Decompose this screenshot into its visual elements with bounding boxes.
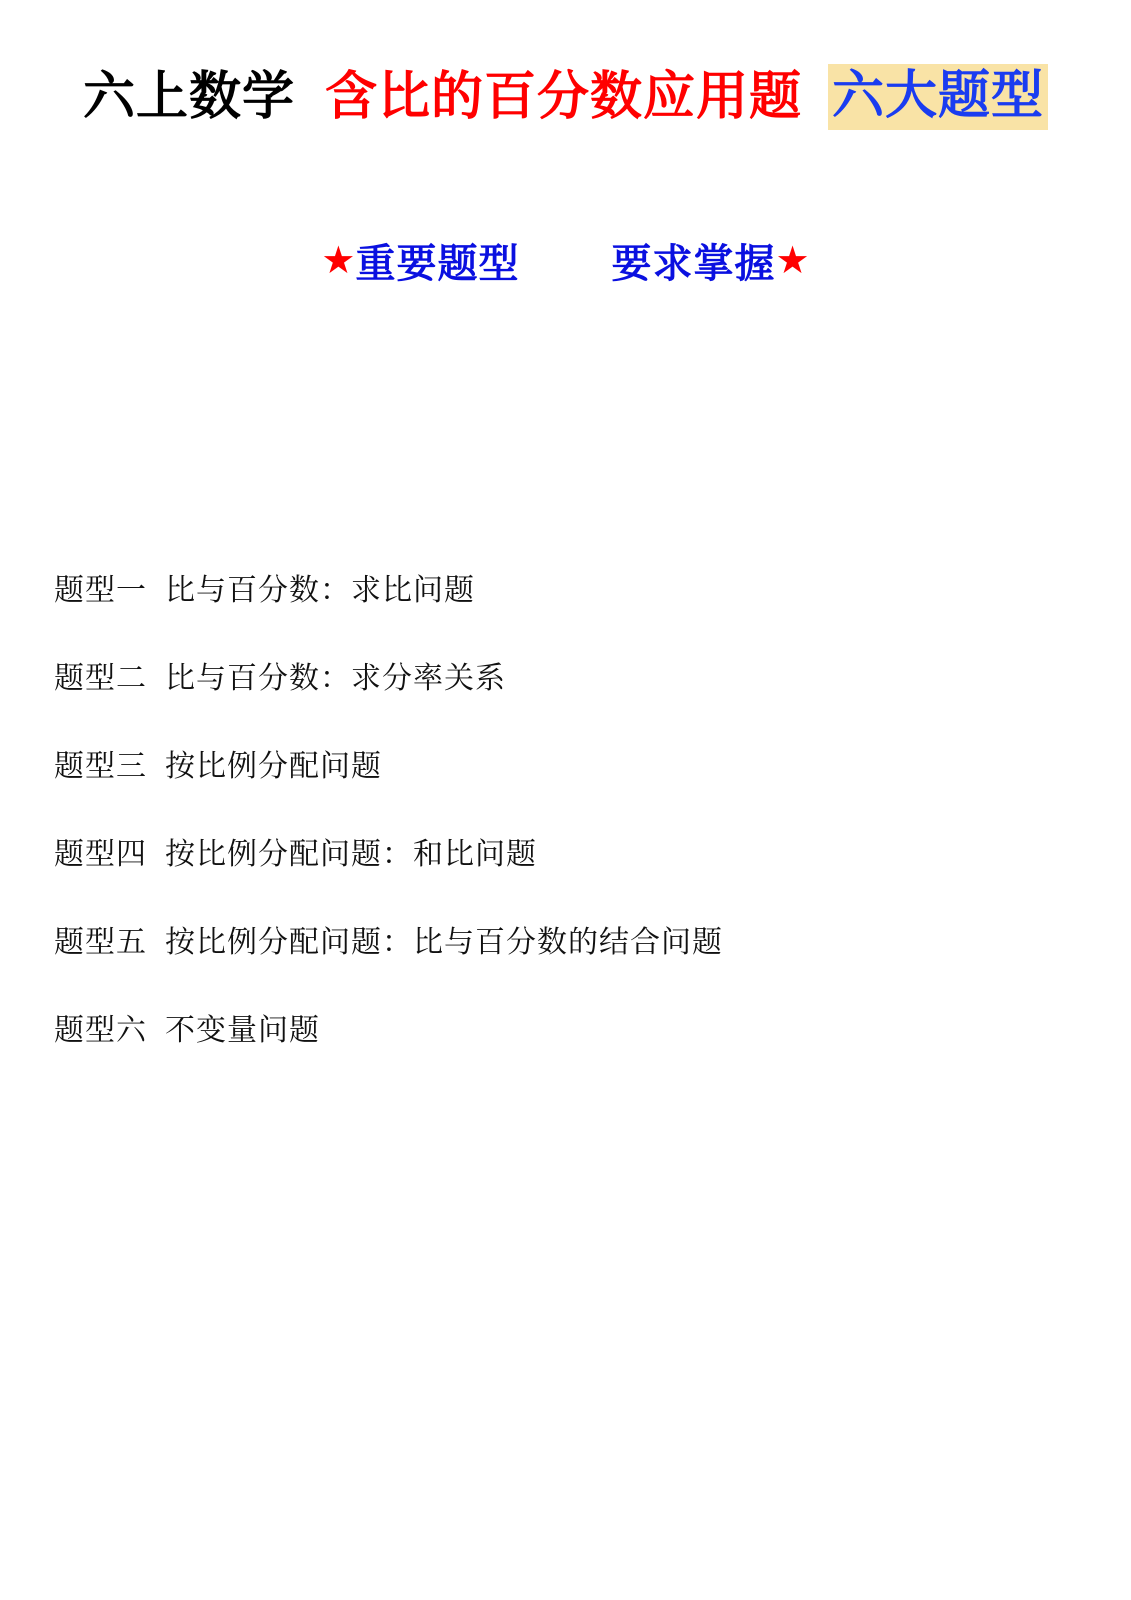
type-description: 比与百分数：求分率关系: [165, 661, 506, 696]
title-main: 含比的百分数应用题: [325, 71, 802, 123]
list-item: 题型一比与百分数：求比问题: [54, 568, 723, 656]
type-description: 不变量问题: [165, 1013, 320, 1048]
type-description: 比与百分数：求比问题: [165, 573, 475, 608]
type-label: 题型四: [54, 832, 147, 878]
star-icon: ★: [776, 238, 810, 282]
subtitle-left-text: 重要题型: [356, 232, 520, 289]
type-label: 题型三: [54, 744, 147, 790]
type-label: 题型六: [54, 1008, 147, 1054]
type-description: 按比例分配问题：和比问题: [165, 837, 537, 872]
type-label: 题型五: [54, 920, 147, 966]
list-item: 题型六不变量问题: [54, 1008, 723, 1096]
document-title: 六上数学 含比的百分数应用题 六大题型: [0, 62, 1131, 132]
question-type-list: 题型一比与百分数：求比问题 题型二比与百分数：求分率关系 题型三按比例分配问题 …: [54, 568, 723, 1096]
list-item: 题型三按比例分配问题: [54, 744, 723, 832]
star-icon: ★: [321, 238, 355, 282]
subtitle: ★ 重要题型 要求掌握 ★: [0, 230, 1131, 290]
title-highlight: 六大题型: [828, 64, 1048, 130]
type-label: 题型二: [54, 656, 147, 702]
type-label: 题型一: [54, 568, 147, 614]
title-prefix: 六上数学: [83, 71, 295, 123]
subtitle-right-text: 要求掌握: [612, 232, 776, 289]
list-item: 题型二比与百分数：求分率关系: [54, 656, 723, 744]
list-item: 题型四按比例分配问题：和比问题: [54, 832, 723, 920]
type-description: 按比例分配问题: [165, 749, 382, 784]
list-item: 题型五按比例分配问题：比与百分数的结合问题: [54, 920, 723, 1008]
type-description: 按比例分配问题：比与百分数的结合问题: [165, 925, 723, 960]
